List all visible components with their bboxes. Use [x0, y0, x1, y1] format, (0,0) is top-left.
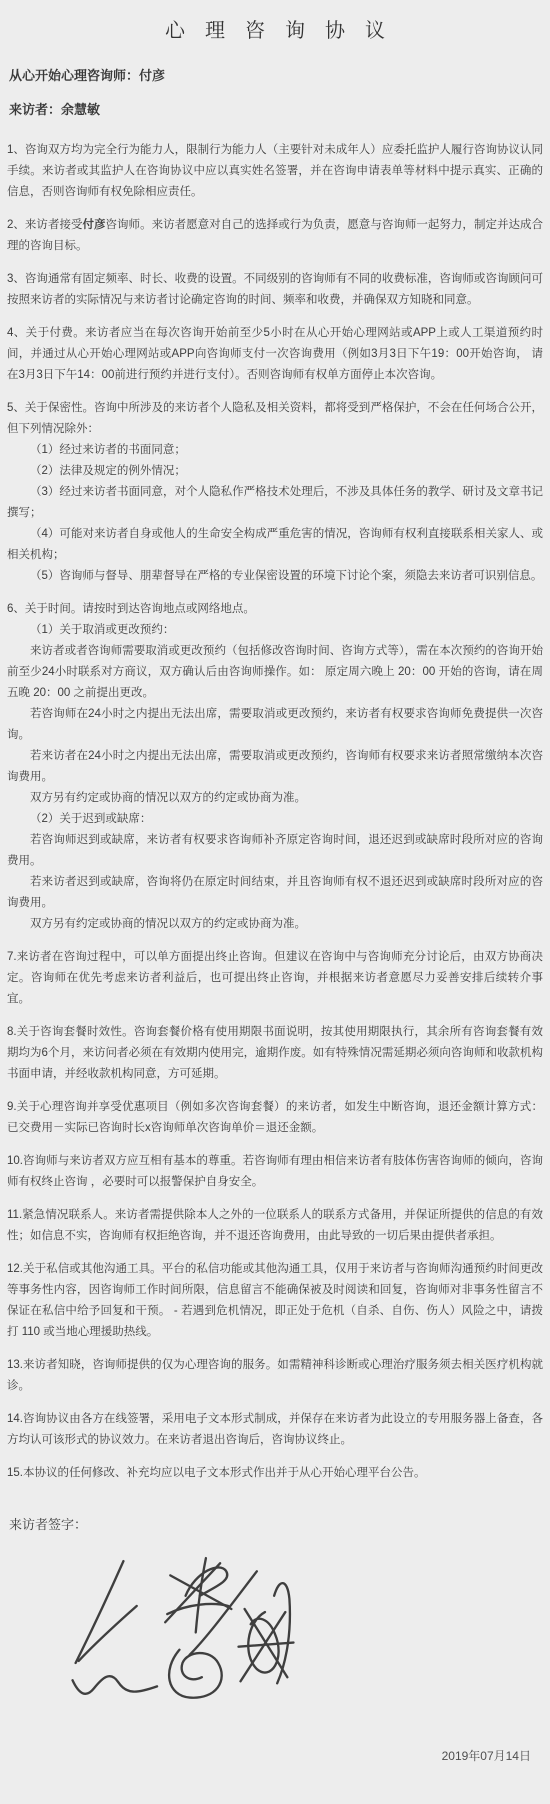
agreement-paragraph: 14.咨询协议由各方在线签署，采用电子文本形式制成，并保存在来访者为此设立的专用…	[7, 1409, 543, 1451]
counselor-line: 从心开始心理咨询师：付彦	[9, 67, 543, 84]
signature-label: 来访者签字：	[9, 1516, 543, 1533]
counselor-name: 付彦	[139, 68, 165, 83]
agreement-paragraph: （1）经过来访者的书面同意；	[7, 440, 543, 461]
agreement-paragraph: 来访者或者咨询师需要取消或更改预约（包括修改咨询时间、咨询方式等），需在本次预约…	[7, 641, 543, 704]
counselor-label: 从心开始心理咨询师：	[9, 68, 139, 83]
agreement-paragraph: 1、咨询双方均为完全行为能力人，限制行为能力人（主要针对未成年人）应委托监护人履…	[7, 140, 543, 203]
agreement-paragraph: 4、关于付费。来访者应当在每次咨询开始前至少5小时在从心开始心理网站或APP上或…	[7, 323, 543, 386]
agreement-paragraph: 7.来访者在咨询过程中，可以单方面提出终止咨询。但建议在咨询中与咨询师充分讨论后…	[7, 947, 543, 1010]
agreement-paragraph: （2）法律及规定的例外情况；	[7, 461, 543, 482]
agreement-paragraph: 11.紧急情况联系人。来访者需提供除本人之外的一位联系人的联系方式备用，并保证所…	[7, 1205, 543, 1247]
visitor-label: 来访者：	[9, 102, 61, 117]
agreement-paragraph: （1）关于取消或更改预约：	[7, 620, 543, 641]
agreement-paragraph: （3）经过来访者书面同意，对个人隐私作严格技术处理后，不涉及具体任务的教学、研讨…	[7, 482, 543, 524]
agreement-paragraph: （5）咨询师与督导、朋辈督导在严格的专业保密设置的环境下讨论个案，须隐去来访者可…	[7, 566, 543, 587]
agreement-paragraph: 15.本协议的任何修改、补充均应以电子文本形式作出并于从心开始心理平台公告。	[7, 1463, 543, 1484]
agreement-paragraph: 5、关于保密性。咨询中所涉及的来访者个人隐私及相关资料，都将受到严格保护，不会在…	[7, 398, 543, 440]
visitor-name: 余慧敏	[61, 102, 100, 117]
agreement-paragraph: （2）关于迟到或缺席：	[7, 809, 543, 830]
agreement-paragraph: 6、关于时间。请按时到达咨询地点或网络地点。	[7, 599, 543, 620]
agreement-body: 1、咨询双方均为完全行为能力人，限制行为能力人（主要针对未成年人）应委托监护人履…	[7, 140, 543, 1484]
agreement-paragraph: 2、来访者接受付彦咨询师。来访者愿意对自己的选择或行为负责，愿意与咨询师一起努力…	[7, 215, 543, 257]
agreement-paragraph: 双方另有约定或协商的情况以双方的约定或协商为准。	[7, 914, 543, 935]
agreement-paragraph: 若咨询师迟到或缺席，来访者有权要求咨询师补齐原定咨询时间，退还迟到或缺席时段所对…	[7, 830, 543, 872]
agreement-paragraph: 10.咨询师与来访者双方应互相有基本的尊重。若咨询师有理由相信来访者有肢体伤害咨…	[7, 1151, 543, 1193]
agreement-paragraph: 3、咨询通常有固定频率、时长、收费的设置。不同级别的咨询师有不同的收费标准，咨询…	[7, 269, 543, 311]
agreement-paragraph: 13.来访者知晓，咨询师提供的仅为心理咨询的服务。如需精神科诊断或心理治疗服务须…	[7, 1355, 543, 1397]
agreement-paragraph: 9.关于心理咨询并享受优惠项目（例如多次咨询套餐）的来访者，如发生中断咨询，退还…	[7, 1097, 543, 1139]
agreement-paragraph: 双方另有约定或协商的情况以双方的约定或协商为准。	[7, 788, 543, 809]
agreement-document: 心理咨询协议 从心开始心理咨询师：付彦 来访者：余慧敏 1、咨询双方均为完全行为…	[0, 0, 550, 1804]
agreement-paragraph: 8.关于咨询套餐时效性。咨询套餐价格有使用期限书面说明，按其使用期限执行，其余所…	[7, 1022, 543, 1085]
visitor-signature	[65, 1553, 300, 1721]
agreement-paragraph: 若来访者迟到或缺席，咨询将仍在原定时间结束，并且咨询师有权不退还迟到或缺席时段所…	[7, 872, 543, 914]
agreement-paragraph: 若来访者在24小时之内提出无法出席，需要取消或更改预约，咨询师有权要求来访者照常…	[7, 746, 543, 788]
visitor-line: 来访者：余慧敏	[9, 101, 543, 118]
signature-date: 2019年07月14日	[7, 1747, 543, 1764]
agreement-paragraph: （4）可能对来访者自身或他人的生命安全构成严重危害的情况，咨询师有权利直接联系相…	[7, 524, 543, 566]
page-title: 心理咨询协议	[7, 14, 543, 43]
agreement-paragraph: 12.关于私信或其他沟通工具。平台的私信功能或其他沟通工具，仅用于来访者与咨询师…	[7, 1259, 543, 1343]
agreement-paragraph: 若咨询师在24小时之内提出无法出席，需要取消或更改预约，来访者有权要求咨询师免费…	[7, 704, 543, 746]
